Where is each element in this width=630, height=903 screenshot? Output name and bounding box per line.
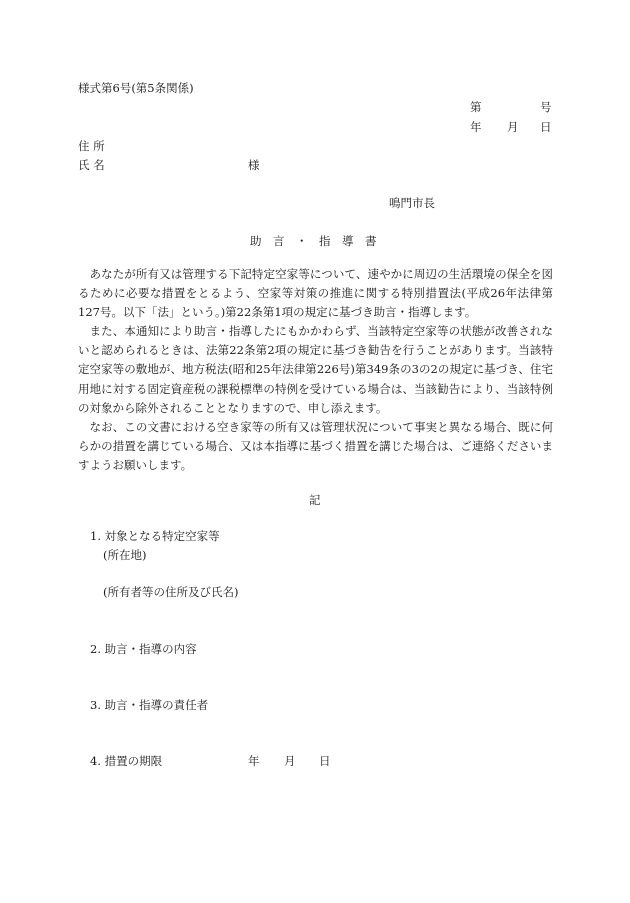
paragraph-3: なお、この文書における空き家等の所有又は管理状況について事実と異なる場合、既に何… bbox=[78, 418, 553, 476]
item-4-day: 日 bbox=[319, 753, 331, 769]
item-4-label: 4. 措置の期限 bbox=[90, 753, 162, 769]
number-suffix: 号 bbox=[540, 99, 552, 115]
paragraph-1: あなたが所有又は管理する下記特定空家等について、速やかに周辺の生活環境の保全を図… bbox=[78, 265, 553, 323]
item-1-label: 1. 対象となる特定空家等 bbox=[90, 528, 220, 544]
address-label: 住 所 bbox=[78, 138, 105, 154]
item-4-month: 月 bbox=[284, 753, 296, 769]
item-3-label: 3. 助言・指導の責任者 bbox=[90, 697, 208, 713]
form-label: 様式第6号(第5条関係) bbox=[78, 80, 194, 96]
ki-heading: 記 bbox=[309, 492, 321, 508]
name-label: 氏 名 bbox=[78, 157, 105, 173]
item-2-label: 2. 助言・指導の内容 bbox=[90, 641, 197, 657]
honorific: 様 bbox=[248, 157, 260, 173]
date-month: 月 bbox=[507, 119, 519, 135]
number-prefix: 第 bbox=[470, 99, 482, 115]
date-year: 年 bbox=[470, 119, 482, 135]
item-4-year: 年 bbox=[248, 753, 260, 769]
item-1-location: (所在地) bbox=[103, 547, 146, 563]
document-title: 助 言 ・ 指 導 書 bbox=[250, 233, 377, 249]
paragraph-2: また、本通知により助言・指導したにもかかわらず、当該特定空家等の状態が改善されな… bbox=[78, 322, 553, 418]
date-day: 日 bbox=[540, 119, 552, 135]
issuer: 鳴門市長 bbox=[389, 195, 435, 211]
item-1-owner: (所有者等の住所及び氏名) bbox=[103, 584, 238, 600]
